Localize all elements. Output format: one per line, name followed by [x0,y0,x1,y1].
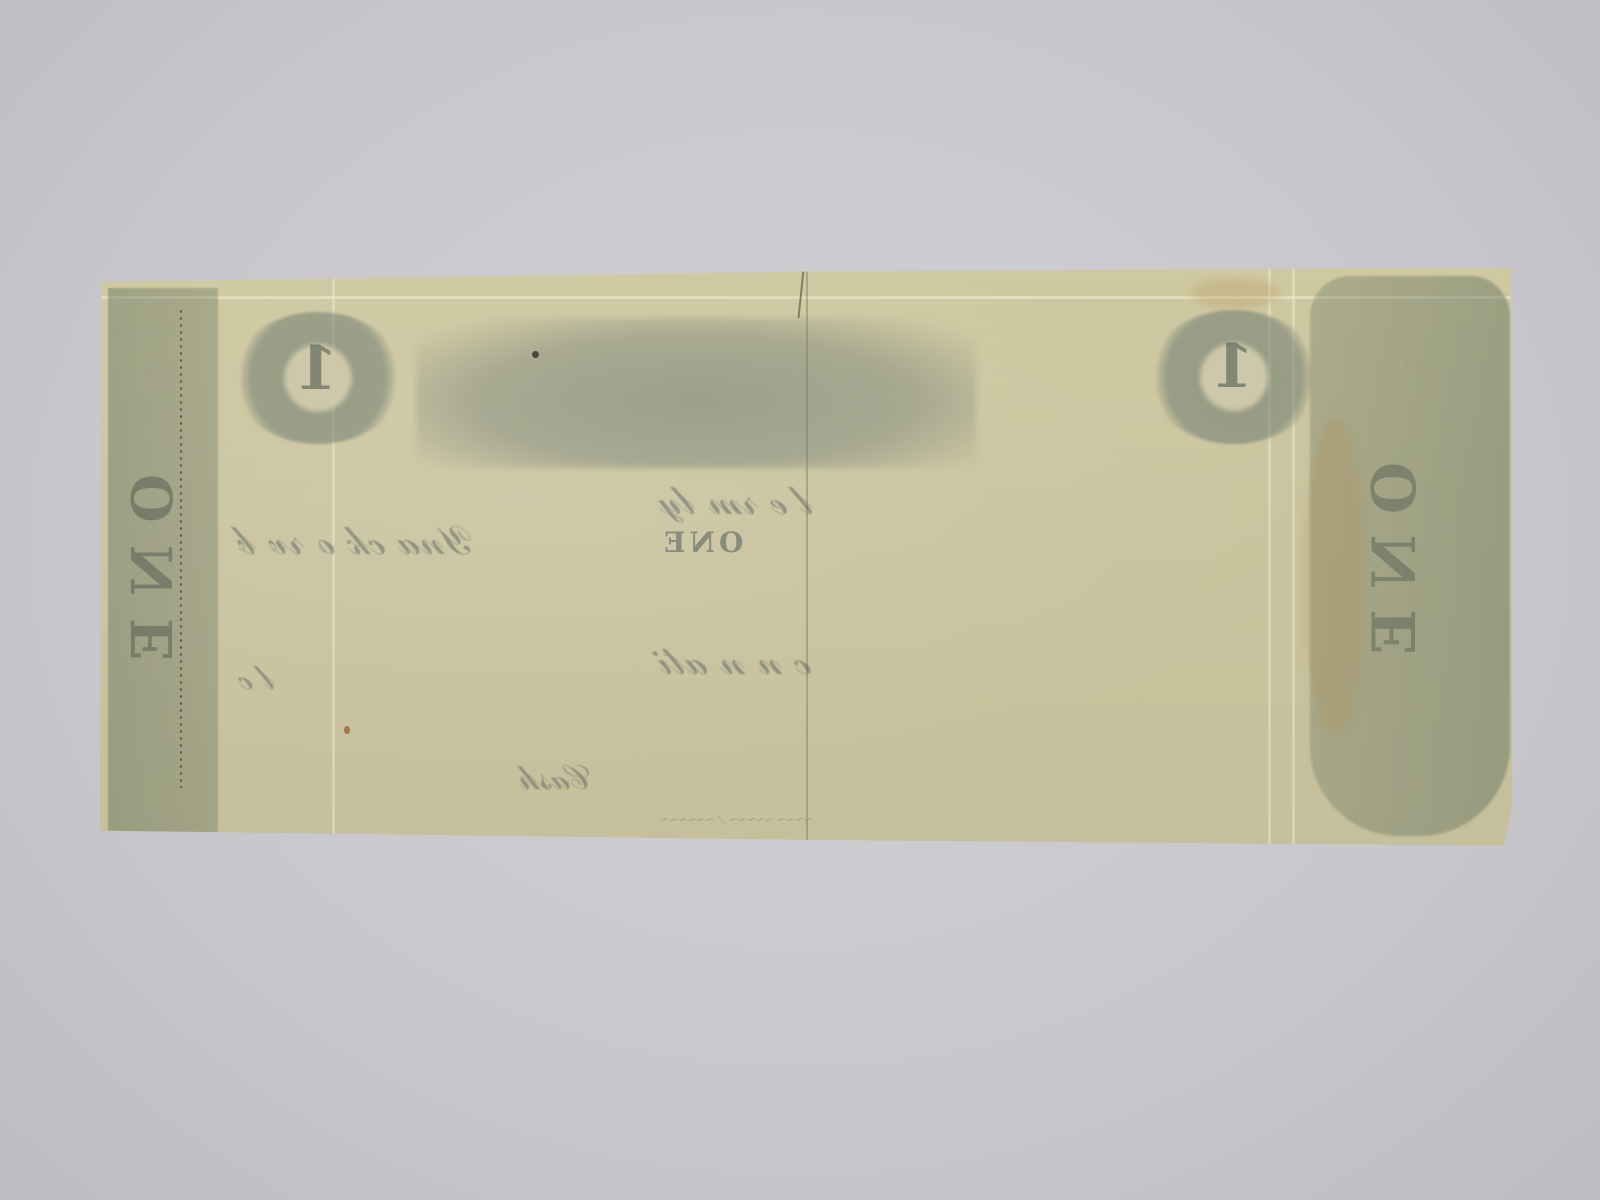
age-stain [1190,278,1280,308]
signature-script-line: 𝒴𝓃𝒶 𝒸𝓀 ℴ 𝓇𝓋 𝒷 [240,518,477,564]
denomination-word: ONE [660,526,743,559]
right-panel-denomination: ONE [1360,388,1460,748]
banknote: ONE ONE 1 1 𝓁 ℯ 𝓇𝓂 𝓁𝓎 𝒴𝓃𝒶 𝒸𝓀 ℴ 𝓇𝓋 𝒷 ONE … [100,268,1512,848]
stray-thread [797,270,818,318]
age-stain [1305,418,1365,738]
right-medallion-numeral: 1 [1212,332,1254,402]
signature-script-line: 𝓁 ℯ 𝓇𝓂 𝓁𝓎 [660,478,814,524]
cashier-signature: 𝒞𝒶𝓈𝒽 [520,758,596,798]
signature-script-line: 𝒸 𝓃 𝓃 𝒶𝓉𝒾 [660,638,812,684]
central-vignette [416,318,976,468]
ink-spot [532,351,539,358]
signature-script-line: 𝓁 𝒸 [240,658,276,698]
engraver-imprint: ～～～～ ～～～～～ ／ ～～～～～～ [660,813,813,826]
left-medallion-numeral: 1 [296,334,338,404]
left-panel-denomination: ONE [120,388,190,768]
foxing-spot [344,726,350,734]
